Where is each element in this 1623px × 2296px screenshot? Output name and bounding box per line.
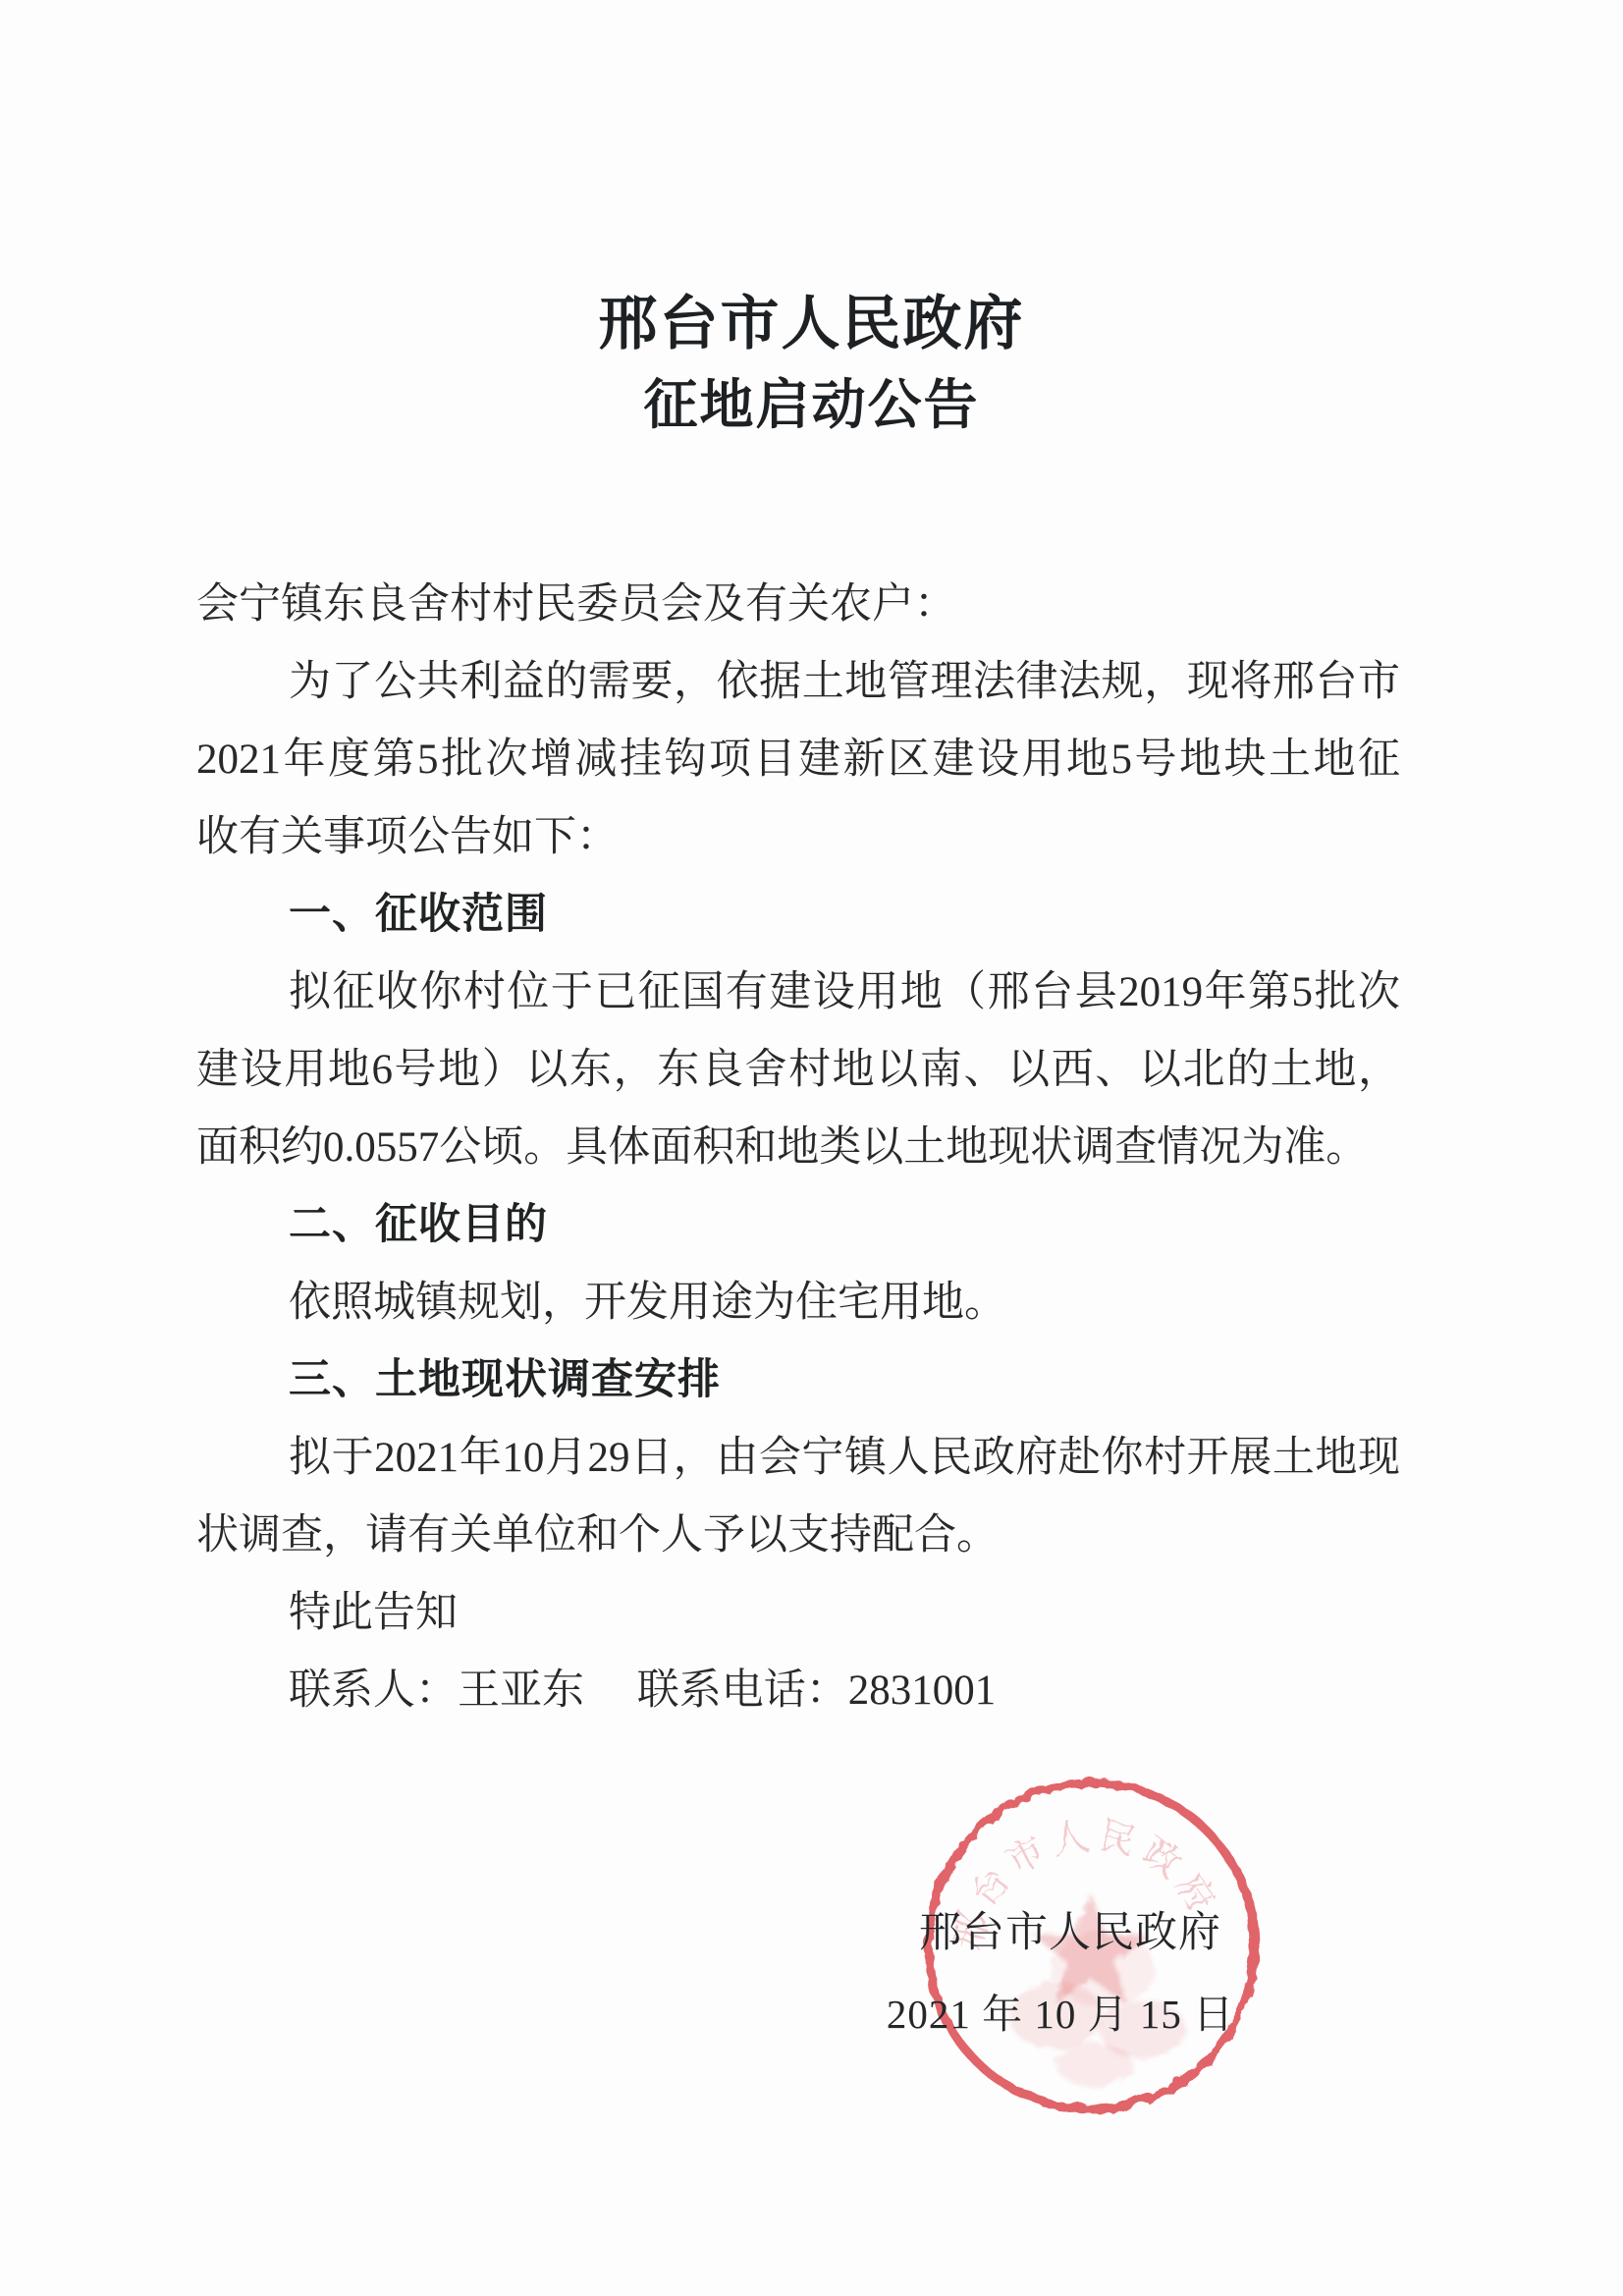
signature-authority: 邢台市人民政府 bbox=[917, 1899, 1223, 1959]
text-line: 依照城镇规划，开发用途为住宅用地。 bbox=[196, 1264, 1400, 1341]
text-line: 拟于2021年10月29日，由会宁镇人民政府赴你村开展土地现 bbox=[196, 1419, 1400, 1497]
text-line: 拟征收你村位于已征国有建设用地（邢台县2019年第5批次 bbox=[196, 954, 1400, 1031]
text-line: 面积约0.0557公顷。具体面积和地类以土地现状调查情况为准。 bbox=[196, 1109, 1400, 1186]
text-line: 二、征收目的 bbox=[196, 1186, 1400, 1264]
text-line: 为了公共利益的需要，依据土地管理法律法规，现将邢台市 bbox=[196, 643, 1400, 721]
text-line: 一、征收范围 bbox=[196, 876, 1400, 954]
text-line: 建设用地6号地）以东，东良舍村地以南、以西、以北的土地， bbox=[196, 1031, 1400, 1109]
page-title: 邢台市人民政府 征地启动公告 bbox=[0, 283, 1623, 446]
text-line: 会宁镇东良舍村村民委员会及有关农户： bbox=[196, 566, 1400, 643]
scanned-notice-page: 邢台市人民政府 征地启动公告 会宁镇东良舍村村民委员会及有关农户：为了公共利益的… bbox=[0, 0, 1623, 2296]
seal-smudge bbox=[1055, 2042, 1133, 2085]
page-title-line1: 邢台市人民政府 bbox=[0, 283, 1623, 365]
text-line: 联系人：王亚东 联系电话：2831001 bbox=[196, 1652, 1400, 1729]
text-line: 特此告知 bbox=[196, 1574, 1400, 1652]
text-line: 收有关事项公告如下： bbox=[196, 798, 1400, 876]
text-line: 状调查，请有关单位和个人予以支持配合。 bbox=[196, 1497, 1400, 1574]
notice-body: 会宁镇东良舍村村民委员会及有关农户：为了公共利益的需要，依据土地管理法律法规，现… bbox=[196, 566, 1400, 1729]
page-title-line2: 征地启动公告 bbox=[0, 365, 1623, 446]
text-line: 三、土地现状调查安排 bbox=[196, 1341, 1400, 1419]
signature-date: 2021 年 10 月 15 日 bbox=[882, 1982, 1239, 2040]
text-line: 2021年度第5批次增减挂钩项目建新区建设用地5号地块土地征 bbox=[196, 721, 1400, 798]
